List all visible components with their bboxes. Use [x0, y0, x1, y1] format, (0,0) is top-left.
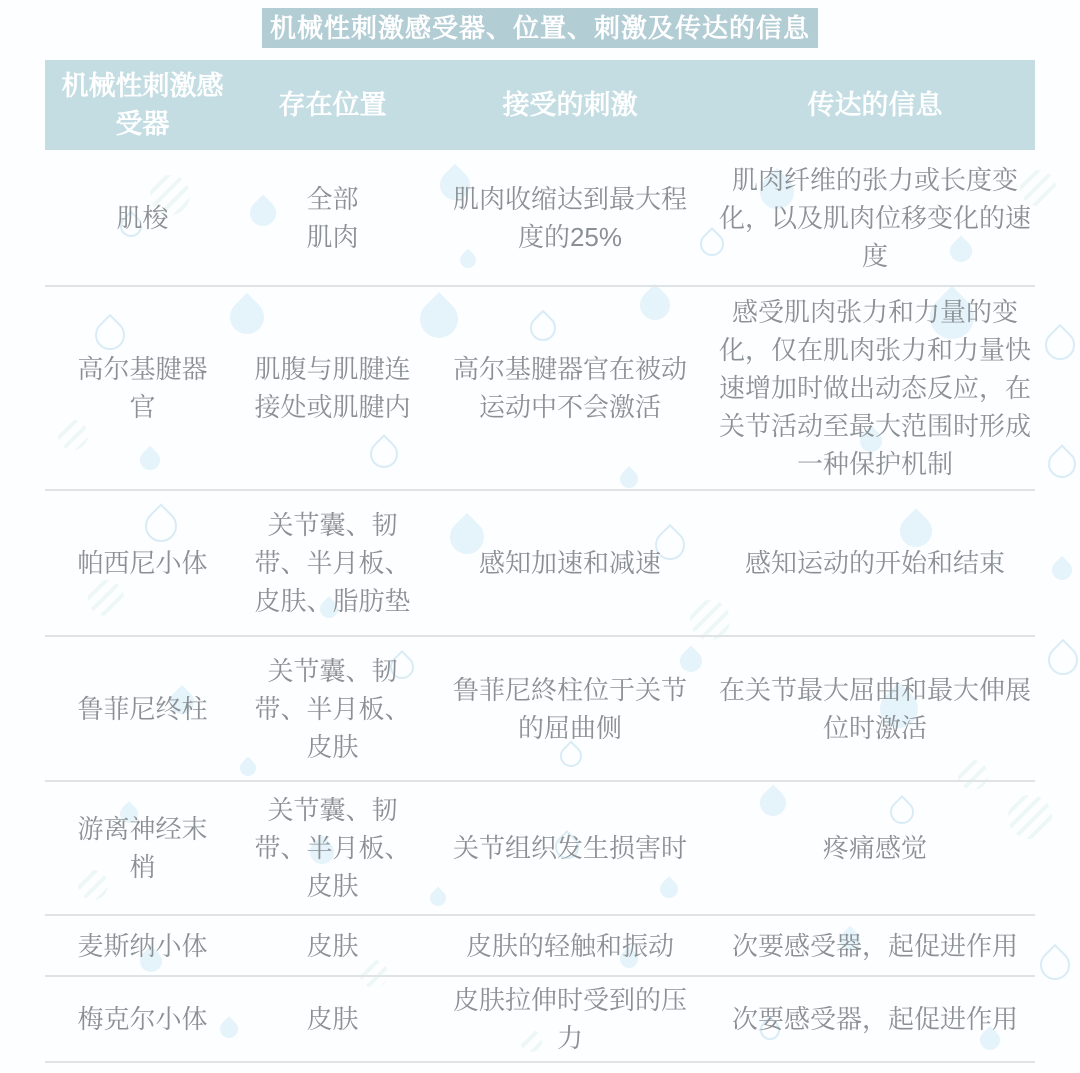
- location-cell: 皮肤: [240, 921, 425, 971]
- stimulus-cell: 高尔基腱器官在被动 运动中不会激活: [425, 344, 715, 432]
- location-cell: 关节囊、韧 带、半月板、 皮肤、脂肪垫: [240, 500, 425, 626]
- water-drop-icon: [1039, 324, 1080, 366]
- water-drop-icon: [1034, 944, 1076, 986]
- info-cell: 疼痛感觉: [715, 823, 1035, 873]
- table-row: 麦斯纳小体 皮肤 皮肤的轻触和振动 次要感受器，起促进作用: [45, 916, 1035, 977]
- location-cell: 关节囊、韧 带、半月板、 皮肤: [240, 646, 425, 772]
- article-page: 机械性刺激感受器、位置、刺激及传达的信息 机械性刺激感受器 存在位置 接受的刺激…: [0, 0, 1080, 1073]
- receptor-cell: 帕西尼小体: [45, 538, 240, 588]
- receptor-cell: 梅克尔小体: [45, 994, 240, 1044]
- table-row: 梅克尔小体 皮肤 皮肤拉伸时受到的压 力 次要感受器，起促进作用: [45, 977, 1035, 1063]
- table-header-row: 机械性刺激感受器 存在位置 接受的刺激 传达的信息: [45, 60, 1035, 150]
- water-drop-icon: [1042, 639, 1080, 681]
- location-cell: 关节囊、韧 带、半月板、 皮肤: [240, 785, 425, 911]
- table-row: 高尔基腱器 官 肌腹与肌腱连 接处或肌腱内 高尔基腱器官在被动 运动中不会激活 …: [45, 287, 1035, 491]
- info-cell: 次要感受器，起促进作用: [715, 994, 1035, 1044]
- info-cell: 肌肉纤维的张力或长度变 化，以及肌肉位移变化的速 度: [715, 155, 1035, 281]
- stimulus-cell: 皮肤拉伸时受到的压 力: [425, 975, 715, 1063]
- table-body: 肌梭 全部 肌肉 肌肉收缩达到最大程 度的25% 肌肉纤维的张力或长度变 化，以…: [45, 150, 1035, 1063]
- receptor-cell: 肌梭: [45, 193, 240, 243]
- info-cell: 在关节最大屈曲和最大伸展 位时激活: [715, 665, 1035, 753]
- column-header-receptor: 机械性刺激感受器: [45, 63, 240, 147]
- info-cell: 次要感受器，起促进作用: [715, 921, 1035, 971]
- stimulus-cell: 皮肤的轻触和振动: [425, 921, 715, 971]
- receptor-cell: 高尔基腱器 官: [45, 344, 240, 432]
- table-row: 鲁菲尼终柱 关节囊、韧 带、半月板、 皮肤 鲁菲尼終柱位于关节 的屈曲侧 在关节…: [45, 637, 1035, 782]
- table-row: 肌梭 全部 肌肉 肌肉收缩达到最大程 度的25% 肌肉纤维的张力或长度变 化，以…: [45, 150, 1035, 287]
- column-header-info: 传达的信息: [715, 82, 1035, 128]
- info-cell: 感知运动的开始和结束: [715, 538, 1035, 588]
- stimulus-cell: 关节组织发生损害时: [425, 823, 715, 873]
- location-cell: 皮肤: [240, 994, 425, 1044]
- receptor-cell: 鲁菲尼终柱: [45, 684, 240, 734]
- column-header-stimulus: 接受的刺激: [425, 82, 715, 128]
- table-row: 游离神经末 梢 关节囊、韧 带、半月板、 皮肤 关节组织发生损害时 疼痛感觉: [45, 782, 1035, 916]
- page-title: 机械性刺激感受器、位置、刺激及传达的信息: [262, 8, 818, 48]
- receptor-cell: 麦斯纳小体: [45, 921, 240, 971]
- stimulus-cell: 鲁菲尼終柱位于关节 的屈曲侧: [425, 665, 715, 753]
- table-row: 帕西尼小体 关节囊、韧 带、半月板、 皮肤、脂肪垫 感知加速和减速 感知运动的开…: [45, 491, 1035, 637]
- info-cell: 感受肌肉张力和力量的变 化，仅在肌肉张力和力量快 速增加时做出动态反应，在 关节…: [715, 287, 1035, 489]
- stimulus-cell: 肌肉收缩达到最大程 度的25%: [425, 174, 715, 262]
- title-bar: 机械性刺激感受器、位置、刺激及传达的信息: [0, 8, 1080, 48]
- location-cell: 肌腹与肌腱连 接处或肌腱内: [240, 344, 425, 432]
- column-header-location: 存在位置: [240, 82, 425, 128]
- water-drop-icon: [1048, 556, 1076, 584]
- water-drop-icon: [1042, 444, 1080, 484]
- stimulus-cell: 感知加速和减速: [425, 538, 715, 588]
- location-cell: 全部 肌肉: [240, 174, 425, 262]
- receptor-table: 机械性刺激感受器 存在位置 接受的刺激 传达的信息 肌梭 全部 肌肉 肌肉收缩达…: [45, 60, 1035, 1063]
- receptor-cell: 游离神经末 梢: [45, 804, 240, 892]
